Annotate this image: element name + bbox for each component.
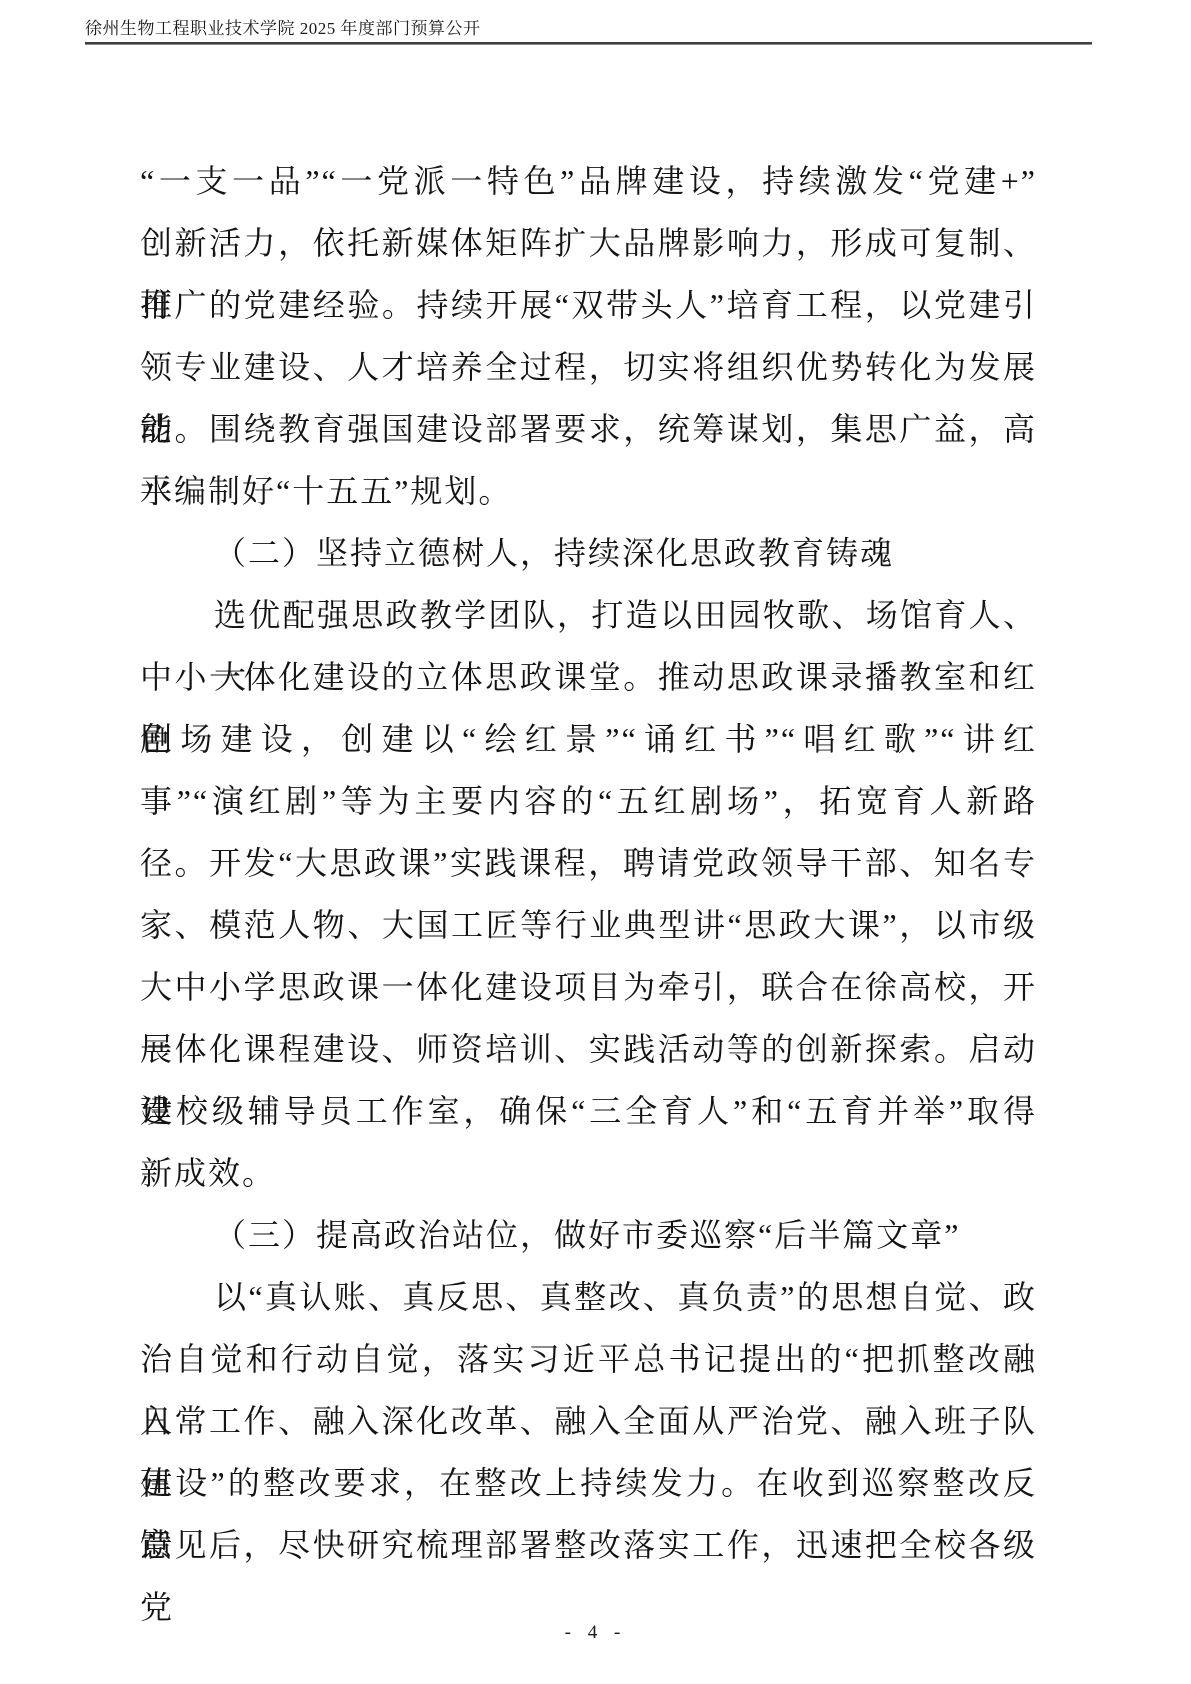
header-title: 徐州生物工程职业技术学院 2025 年度部门预算公开 — [85, 18, 1092, 40]
text-line: 事”“演红剧”等为主要内容的“五红剧场”，拓宽育人新路 — [140, 770, 1037, 832]
text-line: 平编制好“十五五”规划。 — [140, 460, 1037, 522]
text-line: 新成效。 — [140, 1142, 1037, 1204]
text-line: 以“真认账、真反思、真整改、真负责”的思想自觉、政 — [140, 1266, 1037, 1328]
text-line: 大中小学思政课一体化建设项目为牵引，联合在徐高校，开展 — [140, 956, 1037, 1018]
page-footer: - 4 - — [0, 1622, 1191, 1644]
section-heading: （三）提高政治站位，做好市委巡察“后半篇文章” — [140, 1204, 1037, 1266]
text-line: 径。开发“大思政课”实践课程，聘请党政领导干部、知名专 — [140, 832, 1037, 894]
text-line: 剧场建设，创建以“绘红景”“诵红书”“唱红歌”“讲红 — [140, 708, 1037, 770]
text-line: 设校级辅导员工作室，确保“三全育人”和“五育并举”取得 — [140, 1080, 1037, 1142]
text-line: 建设”的整改要求，在整改上持续发力。在收到巡察整改反馈 — [140, 1452, 1037, 1514]
header-rule — [85, 42, 1092, 45]
text-line: 创新活力，依托新媒体矩阵扩大品牌影响力，形成可复制、可 — [140, 212, 1037, 274]
text-line: 日常工作、融入深化改革、融入全面从严治党、融入班子队伍 — [140, 1390, 1037, 1452]
document-body: “一支一品”“一党派一特色”品牌建设，持续激发“党建+” 创新活力，依托新媒体矩… — [140, 150, 1037, 1576]
text-line: 能。围绕教育强国建设部署要求，统筹谋划，集思广益，高水 — [140, 398, 1037, 460]
text-line: 中小一体化建设的立体思政课堂。推动思政课录播教室和红色 — [140, 646, 1037, 708]
text-line: 选优配强思政教学团队，打造以田园牧歌、场馆育人、大 — [140, 584, 1037, 646]
text-line: 治自觉和行动自觉，落实习近平总书记提出的“把抓整改融入 — [140, 1328, 1037, 1390]
text-line: 推广的党建经验。持续开展“双带头人”培育工程，以党建引 — [140, 274, 1037, 336]
text-line: 意见后，尽快研究梳理部署整改落实工作，迅速把全校各级党 — [140, 1514, 1037, 1576]
text-line: 一体化课程建设、师资培训、实践活动等的创新探索。启动建 — [140, 1018, 1037, 1080]
section-heading: （二）坚持立德树人，持续深化思政教育铸魂 — [140, 522, 1037, 584]
document-page: 徐州生物工程职业技术学院 2025 年度部门预算公开 “一支一品”“一党派一特色… — [0, 0, 1191, 1684]
page-number: - 4 - — [565, 1622, 627, 1643]
text-line: “一支一品”“一党派一特色”品牌建设，持续激发“党建+” — [140, 150, 1037, 212]
page-header: 徐州生物工程职业技术学院 2025 年度部门预算公开 — [85, 18, 1092, 45]
text-line: 家、模范人物、大国工匠等行业典型讲“思政大课”，以市级 — [140, 894, 1037, 956]
text-line: 领专业建设、人才培养全过程，切实将组织优势转化为发展动 — [140, 336, 1037, 398]
